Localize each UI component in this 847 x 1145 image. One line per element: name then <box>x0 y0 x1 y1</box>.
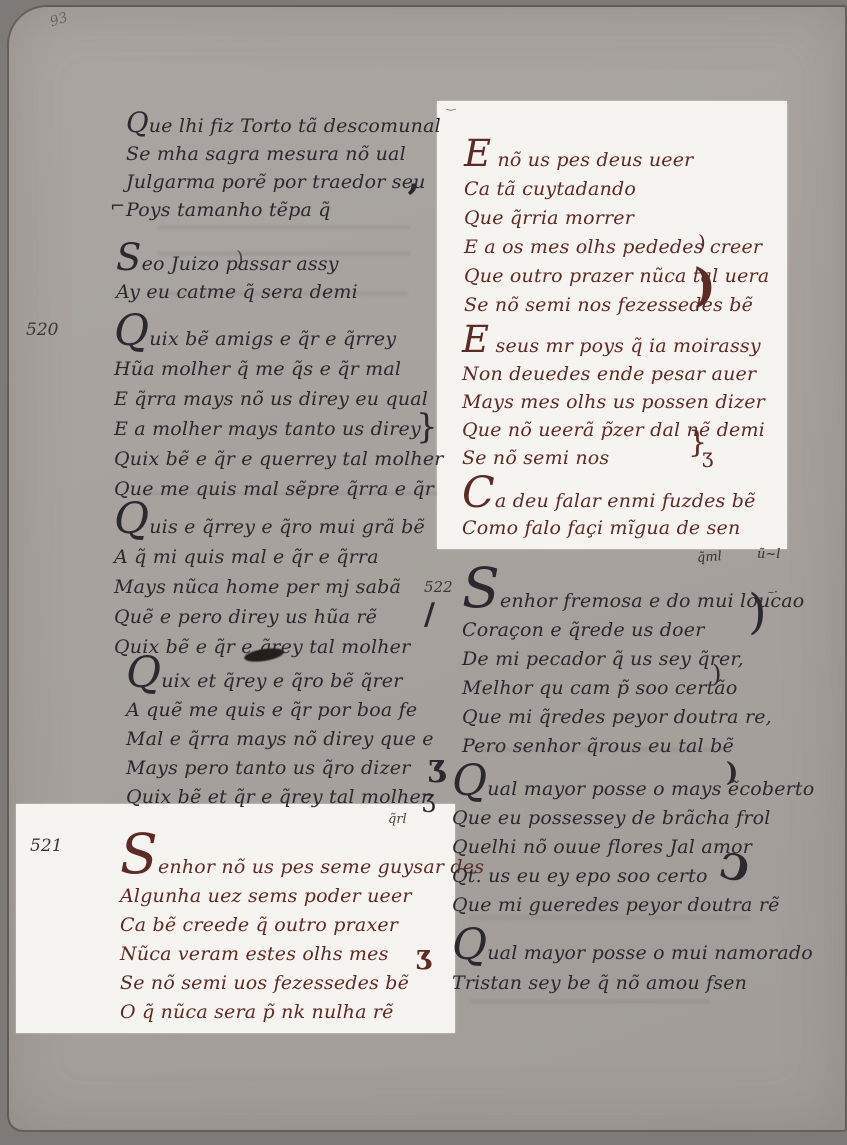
verse-line: Se nõ semi nos fezessedes bẽ <box>464 291 769 320</box>
verse-line: Melhor qu cam p̃ soo certão <box>462 674 804 703</box>
verse-line: Ca bẽ creede q̃ outro praxer <box>120 911 484 940</box>
stanza: Quix bẽ amigs e q̃r e q̃rreyHũa molher q… <box>114 316 444 504</box>
verse-line: Senhor nõ us pes seme guysar des <box>120 836 484 882</box>
verse-line: O q̃ nũca sera p̃ nk nulha rẽ <box>120 998 484 1027</box>
ink-flourish: ) <box>748 588 767 636</box>
verse-line: Quix bẽ et q̃r e q̃rey tal molher <box>126 783 434 812</box>
ink-flourish: Ʒ <box>428 758 448 788</box>
verse-line: E seus mr poys q̃ ia moirassy <box>462 326 765 360</box>
ink-flourish: / <box>424 600 435 630</box>
verse-line: Julgarma porẽ por traedor seu <box>126 168 441 196</box>
margin-scribble: q̃rl <box>388 812 407 827</box>
manuscript-photo: 93 520 521 522 Que lhi fiz Torto tã desc… <box>0 0 847 1145</box>
ink-flourish: Ʒ <box>702 450 713 470</box>
ink-flourish: ⌐ <box>110 198 125 216</box>
verse-line: Que q̃rria morrer <box>464 204 769 233</box>
ink-flourish: ) <box>726 760 738 786</box>
verse-line: Que lhi fiz Torto tã descomunal <box>126 112 441 140</box>
verse-line: Que mi q̃redes peyor doutra re, <box>462 703 804 732</box>
verse-line: Que outro prazer nũca tal uera <box>464 262 769 291</box>
stanza: Senhor nõ us pes seme guysar desAlgunha … <box>120 836 484 1027</box>
verse-line: Non deuedes ende pesar auer <box>462 360 765 388</box>
bleedthrough-ghost <box>470 1000 710 1014</box>
margin-dash-mark: –· <box>768 585 778 599</box>
stanza: Ca deu falar enmi fuzdes bẽComo falo faç… <box>462 478 756 542</box>
verse-line: Qt. us eu ey epo soo certo <box>452 862 814 891</box>
verse-line: Quis e q̃rrey e q̃ro mui grã bẽ <box>114 504 425 542</box>
verse-line: De mi pecador q̃ us sey q̃rer, <box>462 645 804 674</box>
verse-line: Que nõ ueerã p̃zer dal nẽ demi <box>462 416 765 444</box>
verse-line: E nõ us pes deus ueer <box>464 140 769 175</box>
stanza: Qual mayor posse o mui namoradoTristan s… <box>452 930 813 998</box>
ink-flourish: Ʒ <box>416 948 433 974</box>
verse-line: Mays mes olhs us possen dizer <box>462 388 765 416</box>
margin-number-522: 522 <box>424 578 453 596</box>
stanza: Que lhi fiz Torto tã descomunalSe mha sa… <box>126 112 441 224</box>
margin-number-520: 520 <box>26 320 58 340</box>
verse-line: A quẽ me quis e q̃r por boa fe <box>126 696 434 725</box>
verse-line: E a os mes olhs pededes creer <box>464 233 769 262</box>
verse-line: Que eu possessey de brãcha frol <box>452 804 814 833</box>
verse-line: Tristan sey be q̃ nõ amou fsen <box>452 968 813 998</box>
verse-line: Hũa molher q̃ me q̃s e q̃r mal <box>114 354 444 384</box>
ink-flourish: ) <box>694 262 716 308</box>
ink-flourish: ) <box>712 662 721 686</box>
verse-line: Que me quis mal sẽpre q̃rra e q̃r <box>114 474 444 504</box>
verse-line: Ca deu falar enmi fuzdes bẽ <box>462 478 756 515</box>
verse-line: Mays pero tanto us q̃ro dizer <box>126 754 434 783</box>
verse-line: E a molher mays tanto us direy <box>114 414 444 444</box>
ink-flourish: ) <box>698 232 706 252</box>
verse-line: Quix bẽ e q̃r e querrey tal molher <box>114 444 444 474</box>
stanza: Qual mayor posse o mays ẽcobertoQue eu p… <box>452 766 814 920</box>
verse-line: Se mha sagra mesura nõ ual <box>126 140 441 168</box>
verse-line: Ca tã cuytadando <box>464 175 769 204</box>
verse-line: Mal e q̃rra mays nõ direy que e <box>126 725 434 754</box>
stanza: Quix et q̃rey e q̃ro bẽ q̃rerA quẽ me qu… <box>126 658 434 812</box>
verse-line: Quix et q̃rey e q̃ro bẽ q̃rer <box>126 658 434 696</box>
ink-flourish: ) <box>236 248 244 268</box>
stanza: E nõ us pes deus ueerCa tã cuytadandoQue… <box>464 140 769 320</box>
verse-line: Quẽ e pero direy us hũa rẽ <box>114 602 425 632</box>
corner-tick-mark: ‿ <box>447 98 456 111</box>
verse-line: A q̃ mi quis mal e q̃r e q̃rra <box>114 542 425 572</box>
ink-flourish: } <box>416 410 438 444</box>
stanza: E seus mr poys q̃ ia moirassyNon deuedes… <box>462 326 765 472</box>
verse-line: Como falo façi mĩgua de sen <box>462 515 756 542</box>
margin-number-521: 521 <box>30 836 62 856</box>
verse-line: Poys tamanho tẽpa q̃ <box>126 196 441 224</box>
verse-line: Quelhi nõ ouue flores Jal amor <box>452 833 814 862</box>
verse-line: Quix bẽ amigs e q̃r e q̃rrey <box>114 316 444 354</box>
ink-flourish: Ʒ <box>422 792 436 816</box>
verse-line: Pero senhor q̃rous eu tal bẽ <box>462 732 804 761</box>
verse-line: Se nõ semi nos <box>462 444 765 472</box>
verse-line: Qual mayor posse o mays ẽcoberto <box>452 766 814 804</box>
verse-line: Que mi gueredes peyor doutra rẽ <box>452 891 814 920</box>
ink-flourish: ’ <box>406 180 420 220</box>
verse-line: Mays nũca home per mj sabã <box>114 572 425 602</box>
verse-line: Ay eu catme q̃ sera demi <box>116 278 358 306</box>
verse-line: Algunha uez sems poder ueer <box>120 882 484 911</box>
stanza: Quis e q̃rrey e q̃ro mui grã bẽA q̃ mi q… <box>114 504 425 662</box>
margin-scribble: q̃ml <box>697 549 723 566</box>
verse-line: Qual mayor posse o mui namorado <box>452 930 813 968</box>
verse-line: E q̃rra mays nõ us direy eu qual <box>114 384 444 414</box>
margin-scribble: ũ~l <box>757 547 780 562</box>
